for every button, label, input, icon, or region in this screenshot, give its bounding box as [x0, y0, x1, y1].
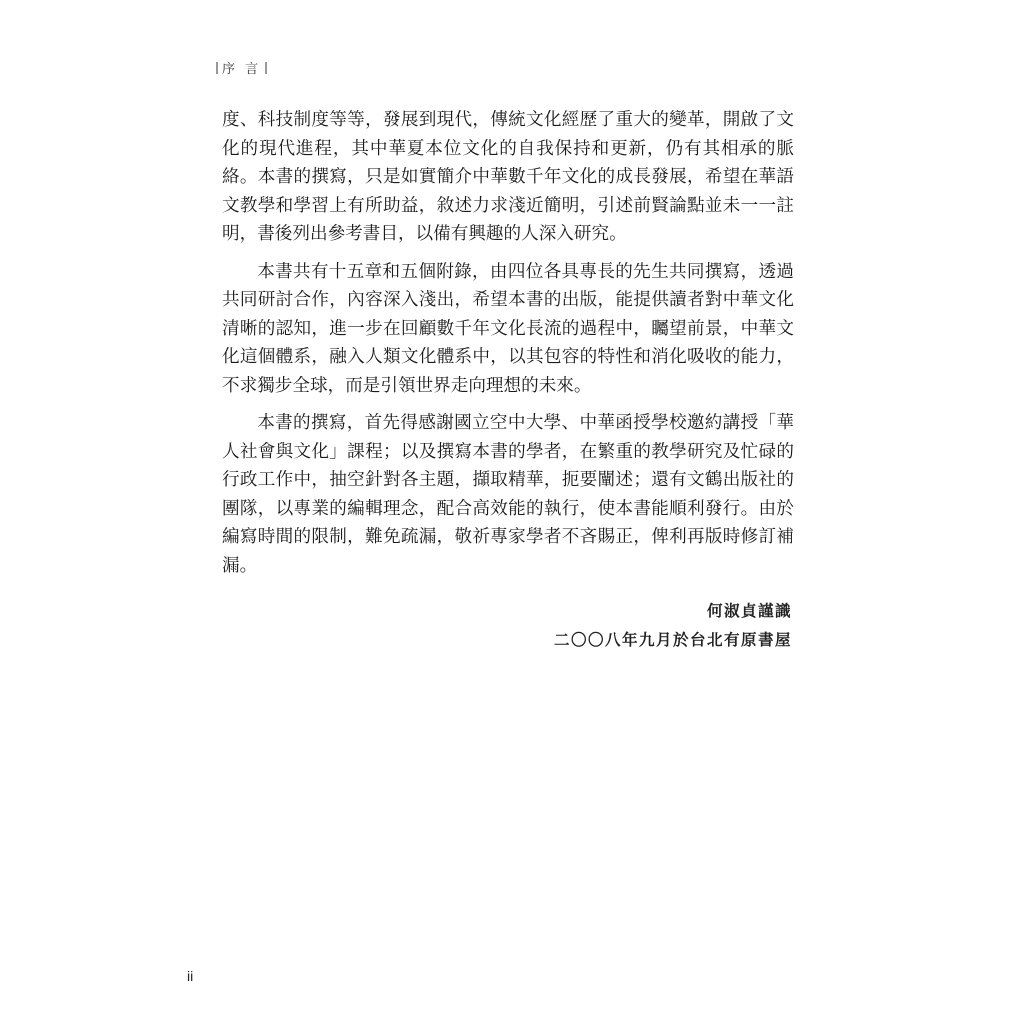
paragraph-1: 度、科技制度等等，發展到現代，傳統文化經歷了重大的變革，開啟了文化的現代進程，其… — [222, 106, 794, 249]
signature-author: 何淑貞謹識 — [554, 596, 792, 625]
page-number: ii — [187, 968, 193, 984]
signature-date-place: 二〇〇八年九月於台北有原書屋 — [554, 625, 792, 654]
paragraph-2: 本書共有十五章和五個附錄，由四位各具專長的先生共同撰寫，透過共同研討合作，內容深… — [222, 258, 794, 401]
paragraph-3: 本書的撰寫，首先得感謝國立空中大學、中華函授學校邀約講授「華人社會與文化」課程；… — [222, 409, 794, 580]
running-head: 序 言 — [216, 58, 267, 77]
running-head-right-bar — [265, 62, 267, 74]
signature-block: 何淑貞謹識 二〇〇八年九月於台北有原書屋 — [554, 596, 792, 654]
running-head-title: 序 言 — [222, 58, 261, 77]
preface-body: 度、科技制度等等，發展到現代，傳統文化經歷了重大的變革，開啟了文化的現代進程，其… — [222, 106, 794, 589]
running-head-left-bar — [216, 62, 218, 74]
